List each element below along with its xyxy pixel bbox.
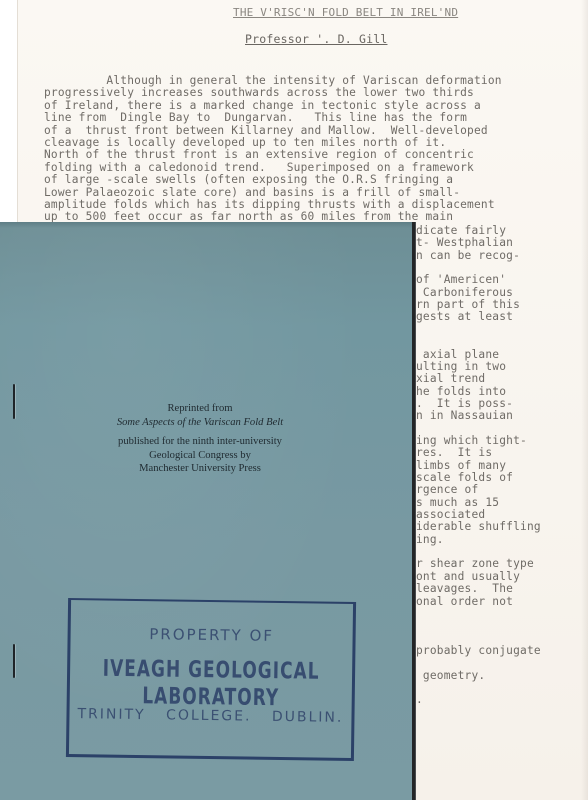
imprint-congress: Geological Congress by: [100, 449, 300, 463]
typescript-fragment: onal order not: [416, 595, 513, 609]
typescript-fragment: gests at least: [416, 310, 513, 324]
booklet-top-edge: [0, 222, 412, 228]
typescript-fragment: geometry.: [416, 669, 485, 683]
imprint-reprinted-from: Reprinted from: [100, 402, 300, 416]
typescript-fragment: n can be recog-: [416, 249, 520, 263]
reprint-booklet-cover: Reprinted from Some Aspects of the Varis…: [0, 222, 415, 800]
staple-icon: [13, 644, 15, 678]
page-edge-shadow: [581, 0, 588, 800]
reprint-imprint: Reprinted from Some Aspects of the Varis…: [100, 402, 300, 476]
typescript-fragment: .: [416, 693, 423, 707]
stamp-laboratory-name: IVEAGH GEOLOGICAL LABORATORY: [70, 655, 353, 713]
stamp-property-of: PROPERTY OF: [71, 624, 353, 646]
typescript-fragment: ing.: [416, 533, 444, 547]
library-ownership-stamp: PROPERTY OF IVEAGH GEOLOGICAL LABORATORY…: [66, 598, 356, 761]
document-author: Professor '. D. Gill: [245, 32, 387, 46]
imprint-published-for: published for the ninth inter-university: [100, 435, 300, 449]
imprint-publisher: Manchester University Press: [100, 462, 300, 476]
typescript-fragment: probably conjugate: [416, 644, 541, 658]
stamp-institution: TRINITY COLLEGE. DUBLIN.: [69, 706, 351, 726]
document-title: THE V'RISC'N FOLD BELT IN IREL'ND: [233, 6, 458, 19]
typescript-fragment: n in Nassauian: [416, 409, 513, 423]
imprint-book-title: Some Aspects of the Variscan Fold Belt: [100, 416, 300, 430]
staple-icon: [13, 384, 15, 419]
